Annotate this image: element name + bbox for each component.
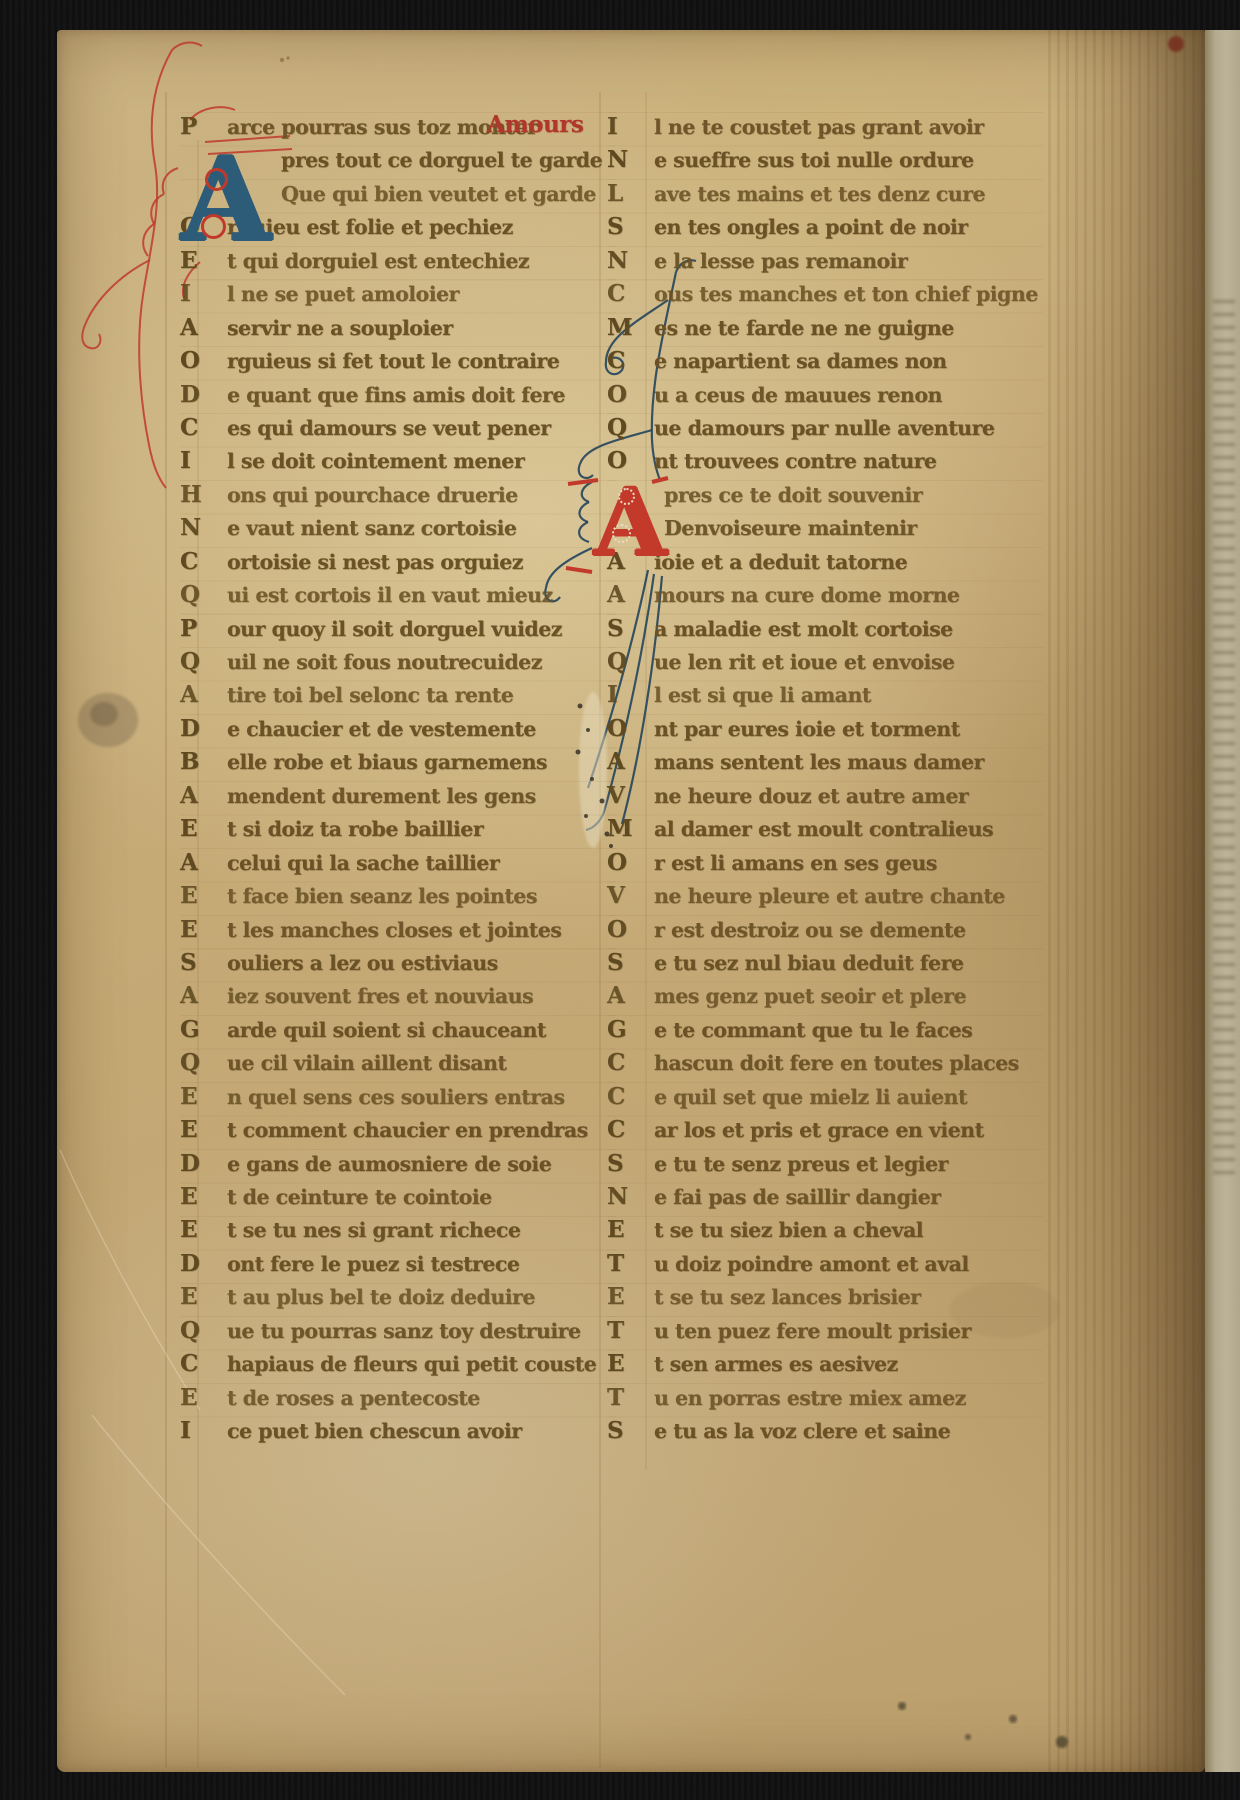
line-text: ont fere le puez si testrece xyxy=(227,1249,519,1279)
line-initial: S xyxy=(607,1149,654,1179)
manuscript-line: Acelui qui la sache taillier xyxy=(180,848,616,881)
line-initial: E xyxy=(180,915,227,945)
manuscript-line: Et si doiz ta robe baillier xyxy=(180,814,616,847)
line-initial: S xyxy=(607,212,654,242)
line-initial: O xyxy=(180,346,227,376)
manuscript-line: Ne sueffre sus toi nulle ordure xyxy=(607,145,1043,178)
line-text: ce puet bien chescun avoir xyxy=(227,1416,522,1446)
line-text: ue damours par nulle aventure xyxy=(654,413,994,443)
manuscript-line: Que damours par nulle aventure xyxy=(607,413,1043,446)
line-initial: A xyxy=(180,313,227,343)
line-text: t sen armes es aesivez xyxy=(654,1349,898,1379)
manuscript-line: Souliers a lez ou estiviaus xyxy=(180,948,616,981)
line-text: t se tu sez lances brisier xyxy=(654,1282,920,1312)
line-text: our quoy il soit dorguel vuidez xyxy=(227,614,562,644)
line-initial: E xyxy=(180,814,227,844)
line-text: e tu as la voz clere et saine xyxy=(654,1416,950,1446)
line-text: celui qui la sache taillier xyxy=(227,848,499,878)
decorated-initial-red-A: A xyxy=(594,478,660,572)
line-text: es ne te farde ne ne guigne xyxy=(654,313,954,343)
manuscript-line: Cous tes manches et ton chief pigne xyxy=(607,279,1043,312)
line-text: uil ne soit fous noutrecuidez xyxy=(227,647,542,677)
line-text: servir ne a souploier xyxy=(227,313,453,343)
manuscript-line: Ne la lesse pas remanoir xyxy=(607,246,1043,279)
manuscript-line: Et de roses a pentecoste xyxy=(180,1383,616,1416)
line-initial: N xyxy=(607,246,654,276)
manuscript-line: Il ne te coustet pas grant avoir xyxy=(607,112,1043,145)
line-text: e quant que fins amis doit fere xyxy=(227,380,565,410)
line-text: t face bien seanz les pointes xyxy=(227,881,537,911)
decorated-initial-blue-A: A xyxy=(181,146,269,260)
manuscript-line: Chascun doit fere en toutes places xyxy=(607,1048,1043,1081)
line-initial: C xyxy=(607,346,654,376)
line-initial: D xyxy=(180,1249,227,1279)
line-text: tire toi bel selonc ta rente xyxy=(227,680,513,710)
line-initial: S xyxy=(607,948,654,978)
line-initial: H xyxy=(180,480,227,510)
manuscript-line: Or est li amans en ses geus xyxy=(607,848,1043,881)
line-text: ons qui pourchace druerie xyxy=(227,480,518,510)
manuscript-line: Lave tes mains et tes denz cure xyxy=(607,179,1043,212)
white-knot-ornament xyxy=(618,488,635,505)
manuscript-line: Dont fere le puez si testrece xyxy=(180,1249,616,1282)
rubric-amours: Amours xyxy=(487,111,583,138)
manuscript-line: Que len rit et ioue et envoise xyxy=(607,647,1043,680)
manuscript-line: Car los et pris et grace en vient xyxy=(607,1115,1043,1148)
line-initial: A xyxy=(607,747,654,777)
line-text: ne heure douz et autre amer xyxy=(654,781,968,811)
line-initial: A xyxy=(180,981,227,1011)
line-text: iez souvent fres et nouviaus xyxy=(227,981,533,1011)
line-initial: E xyxy=(180,1182,227,1212)
line-initial: E xyxy=(180,1215,227,1245)
red-spiral-ornament xyxy=(201,214,226,239)
line-text: e fai pas de saillir dangier xyxy=(654,1182,940,1212)
line-text: t se tu siez bien a cheval xyxy=(654,1215,923,1245)
line-initial: O xyxy=(607,380,654,410)
line-text: ous tes manches et ton chief pigne xyxy=(654,279,1038,309)
manuscript-line: Ames genz puet seoir et plere xyxy=(607,981,1043,1014)
line-text: ui est cortois il en vaut mieuz xyxy=(227,580,553,610)
line-text: l se doit cointement mener xyxy=(227,446,524,476)
line-text: e tu sez nul biau deduit fere xyxy=(654,948,963,978)
manuscript-line: pres ce te doit souvenir xyxy=(607,480,1043,513)
line-initial: Q xyxy=(180,1048,227,1078)
text-column-right: Il ne te coustet pas grant avoirNe sueff… xyxy=(607,112,1043,1450)
manuscript-line: Vne heure douz et autre amer xyxy=(607,781,1043,814)
line-text: e la lesse pas remanoir xyxy=(654,246,907,276)
line-initial: E xyxy=(180,1383,227,1413)
line-text: nt trouvees contre nature xyxy=(654,446,936,476)
manuscript-line: De chaucier et de vestemente xyxy=(180,714,616,747)
manuscript-line: Vne heure pleure et autre chante xyxy=(607,881,1043,914)
line-text: ne heure pleure et autre chante xyxy=(654,881,1005,911)
line-text: t de roses a pentecoste xyxy=(227,1383,480,1413)
line-text: e tu te senz preus et legier xyxy=(654,1149,948,1179)
line-initial: C xyxy=(607,279,654,309)
line-text: u ten puez fere moult prisier xyxy=(654,1316,971,1346)
manuscript-line: Hons qui pourchace druerie xyxy=(180,480,616,513)
manuscript-line: Que cil vilain aillent disant xyxy=(180,1048,616,1081)
line-initial: O xyxy=(607,915,654,945)
line-initial: T xyxy=(607,1249,654,1279)
line-initial: B xyxy=(180,747,227,777)
manuscript-line: Se tu as la voz clere et saine xyxy=(607,1416,1043,1449)
manuscript-line: Aservir ne a souploier xyxy=(180,313,616,346)
line-initial: A xyxy=(180,680,227,710)
line-text: l ne te coustet pas grant avoir xyxy=(654,112,984,142)
line-initial: C xyxy=(607,1048,654,1078)
manuscript-line: Garde quil soient si chauceant xyxy=(180,1015,616,1048)
text-column-left: Parce pourras sus toz monterpres tout ce… xyxy=(180,112,616,1450)
line-text: Denvoiseure maintenir xyxy=(664,513,917,543)
line-initial: T xyxy=(607,1316,654,1346)
line-initial: Q xyxy=(180,647,227,677)
line-text: t se tu nes si grant richece xyxy=(227,1215,520,1245)
white-knot-ornament xyxy=(612,524,631,543)
line-text: t comment chaucier en prendras xyxy=(227,1115,588,1145)
line-initial: S xyxy=(607,1416,654,1446)
manuscript-line: Ge te commant que tu le faces xyxy=(607,1015,1043,1048)
manuscript-line: Ont trouvees contre nature xyxy=(607,446,1043,479)
manuscript-line: Ce quil set que mielz li auient xyxy=(607,1082,1043,1115)
line-initial: Q xyxy=(180,580,227,610)
manuscript-line: Atire toi bel selonc ta rente xyxy=(180,680,616,713)
line-initial: C xyxy=(180,547,227,577)
line-text: mendent durement les gens xyxy=(227,781,536,811)
line-initial: N xyxy=(180,513,227,543)
manuscript-line: Que tu pourras sanz toy destruire xyxy=(180,1316,616,1349)
line-initial: M xyxy=(607,313,654,343)
manuscript-line: Et comment chaucier en prendras xyxy=(180,1115,616,1148)
line-initial: Q xyxy=(180,1316,227,1346)
manuscript-line: Ne fai pas de saillir dangier xyxy=(607,1182,1043,1215)
manuscript-line: Et sen armes es aesivez xyxy=(607,1349,1043,1382)
line-text: ue tu pourras sanz toy destruire xyxy=(227,1316,581,1346)
manuscript-line: Aiez souvent fres et nouviaus xyxy=(180,981,616,1014)
line-initial: I xyxy=(607,680,654,710)
line-initial: S xyxy=(607,614,654,644)
manuscript-line: Se tu te senz preus et legier xyxy=(607,1149,1043,1182)
manuscript-line: Ice puet bien chescun avoir xyxy=(180,1416,616,1449)
manuscript-line: Belle robe et biaus garnemens xyxy=(180,747,616,780)
line-text: nt par eures ioie et torment xyxy=(654,714,960,744)
manuscript-line: Sen tes ongles a point de noir xyxy=(607,212,1043,245)
line-initial: M xyxy=(607,814,654,844)
line-initial: C xyxy=(180,1349,227,1379)
line-text: es qui damours se veut pener xyxy=(227,413,551,443)
line-initial: I xyxy=(180,279,227,309)
manuscript-photograph: Parce pourras sus toz monterpres tout ce… xyxy=(0,0,1240,1800)
line-initial: V xyxy=(607,781,654,811)
line-initial: I xyxy=(180,1416,227,1446)
line-text: e napartient sa dames non xyxy=(654,346,947,376)
manuscript-line: Orguieus si fet tout le contraire xyxy=(180,346,616,379)
red-spiral-ornament xyxy=(205,168,228,191)
manuscript-line: Tu doiz poindre amont et aval xyxy=(607,1249,1043,1282)
manuscript-line: Il se doit cointement mener xyxy=(180,446,616,479)
line-text: l ne se puet amoloier xyxy=(227,279,459,309)
line-initial: N xyxy=(607,1182,654,1212)
manuscript-line: Pour quoy il soit dorguel vuidez xyxy=(180,614,616,647)
line-initial: C xyxy=(607,1115,654,1145)
line-initial: I xyxy=(607,112,654,142)
manuscript-line: En quel sens ces souliers entras xyxy=(180,1082,616,1115)
line-text: e quil set que mielz li auient xyxy=(654,1082,967,1112)
line-initial: D xyxy=(180,714,227,744)
manuscript-line: Aioie et a deduit tatorne xyxy=(607,547,1043,580)
line-initial: A xyxy=(607,981,654,1011)
line-text: rguieus si fet tout le contraire xyxy=(227,346,559,376)
line-text: ouliers a lez ou estiviaus xyxy=(227,948,498,978)
manuscript-line: Et face bien seanz les pointes xyxy=(180,881,616,914)
line-initial: C xyxy=(180,413,227,443)
manuscript-line: Et se tu nes si grant richece xyxy=(180,1215,616,1248)
line-initial: L xyxy=(607,179,654,209)
line-text: ar los et pris et grace en vient xyxy=(654,1115,984,1145)
manuscript-line: Amans sentent les maus damer xyxy=(607,747,1043,780)
manuscript-line: Et au plus bel te doiz deduire xyxy=(180,1282,616,1315)
line-initial: P xyxy=(180,614,227,644)
line-text: al damer est moult contralieus xyxy=(654,814,993,844)
photo-background-left xyxy=(0,0,57,1800)
photo-background-bottom xyxy=(0,1772,1240,1800)
line-initial: A xyxy=(180,781,227,811)
manuscript-line: Il est si que li amant xyxy=(607,680,1043,713)
line-initial: E xyxy=(607,1215,654,1245)
manuscript-line: Ce napartient sa dames non xyxy=(607,346,1043,379)
photo-background-top xyxy=(0,0,1240,30)
line-initial: G xyxy=(180,1015,227,1045)
manuscript-line: Et de ceinture te cointoie xyxy=(180,1182,616,1215)
line-initial: S xyxy=(180,948,227,978)
line-initial: T xyxy=(607,1383,654,1413)
line-text: u a ceus de mauues renon xyxy=(654,380,942,410)
manuscript-line: Denvoiseure maintenir xyxy=(607,513,1043,546)
manuscript-line: Chapiaus de fleurs qui petit couste xyxy=(180,1349,616,1382)
line-initial: C xyxy=(607,1082,654,1112)
line-text: pres ce te doit souvenir xyxy=(664,480,922,510)
manuscript-line: Quil ne soit fous noutrecuidez xyxy=(180,647,616,680)
line-text: t les manches closes et jointes xyxy=(227,915,561,945)
line-text: mans sentent les maus damer xyxy=(654,747,984,777)
line-initial: N xyxy=(607,145,654,175)
line-text: hapiaus de fleurs qui petit couste xyxy=(227,1349,596,1379)
manuscript-line: Ou a ceus de mauues renon xyxy=(607,380,1043,413)
line-text: Que qui bien veutet et garde xyxy=(281,179,596,209)
line-initial: E xyxy=(180,1115,227,1145)
line-initial: G xyxy=(607,1015,654,1045)
manuscript-line: Or est destroiz ou se demente xyxy=(607,915,1043,948)
line-text: r est destroiz ou se demente xyxy=(654,915,966,945)
manuscript-line: Qui est cortois il en vaut mieuz xyxy=(180,580,616,613)
manuscript-line: De quant que fins amis doit fere xyxy=(180,380,616,413)
line-initial: Q xyxy=(607,647,654,677)
line-initial: A xyxy=(607,580,654,610)
line-initial: D xyxy=(180,380,227,410)
line-initial: Q xyxy=(607,413,654,443)
line-text: arde quil soient si chauceant xyxy=(227,1015,546,1045)
manuscript-line: Ces qui damours se veut pener xyxy=(180,413,616,446)
line-text: r est li amans en ses geus xyxy=(654,848,937,878)
line-initial: E xyxy=(180,881,227,911)
manuscript-line: Et les manches closes et jointes xyxy=(180,915,616,948)
line-text: u en porras estre miex amez xyxy=(654,1383,966,1413)
line-text: e te commant que tu le faces xyxy=(654,1015,972,1045)
manuscript-line: De gans de aumosniere de soie xyxy=(180,1149,616,1182)
line-text: t au plus bel te doiz deduire xyxy=(227,1282,535,1312)
line-initial: E xyxy=(607,1282,654,1312)
line-initial: O xyxy=(607,714,654,744)
line-text: ioie et a deduit tatorne xyxy=(654,547,907,577)
line-text: ortoisie si nest pas orguiez xyxy=(227,547,523,577)
line-text: t de ceinture te cointoie xyxy=(227,1182,492,1212)
manuscript-line: Mal damer est moult contralieus xyxy=(607,814,1043,847)
manuscript-line: Et se tu siez bien a cheval xyxy=(607,1215,1043,1248)
line-text: en tes ongles a point de noir xyxy=(654,212,968,242)
line-text: mes genz puet seoir et plere xyxy=(654,981,966,1011)
page-fore-edge-shading xyxy=(1048,30,1205,1772)
line-text: mours na cure dome morne xyxy=(654,580,959,610)
line-initial: A xyxy=(180,848,227,878)
line-text: l est si que li amant xyxy=(654,680,871,710)
line-initial: E xyxy=(607,1349,654,1379)
manuscript-line: Et se tu sez lances brisier xyxy=(607,1282,1043,1315)
manuscript-line: Mes ne te farde ne ne guigne xyxy=(607,313,1043,346)
manuscript-line: Il ne se puet amoloier xyxy=(180,279,616,312)
line-text: elle robe et biaus garnemens xyxy=(227,747,547,777)
line-text: u doiz poindre amont et aval xyxy=(654,1249,969,1279)
line-text: e vaut nient sanz cortoisie xyxy=(227,513,516,543)
line-initial: V xyxy=(607,881,654,911)
line-text: hascun doit fere en toutes places xyxy=(654,1048,1019,1078)
line-text: n quel sens ces souliers entras xyxy=(227,1082,564,1112)
line-text: a maladie est molt cortoise xyxy=(654,614,953,644)
line-initial: E xyxy=(180,1082,227,1112)
manuscript-line: Cortoisie si nest pas orguiez xyxy=(180,547,616,580)
line-initial: D xyxy=(180,1149,227,1179)
manuscript-line: Tu en porras estre miex amez xyxy=(607,1383,1043,1416)
line-text: e gans de aumosniere de soie xyxy=(227,1149,551,1179)
line-initial: O xyxy=(607,848,654,878)
manuscript-line: Ne vaut nient sanz cortoisie xyxy=(180,513,616,546)
line-text: e sueffre sus toi nulle ordure xyxy=(654,145,974,175)
line-text: ue len rit et ioue et envoise xyxy=(654,647,954,677)
manuscript-line: Se tu sez nul biau deduit fere xyxy=(607,948,1043,981)
next-folio-edge xyxy=(1205,30,1240,1772)
line-text: t qui dorguiel est entechiez xyxy=(227,246,529,276)
line-text: ue cil vilain aillent disant xyxy=(227,1048,506,1078)
line-text: ave tes mains et tes denz cure xyxy=(654,179,985,209)
manuscript-line: Amours na cure dome morne xyxy=(607,580,1043,613)
initial-letter: A xyxy=(181,146,269,254)
line-text: pres tout ce dorguel te garde xyxy=(281,145,602,175)
manuscript-line: Amendent durement les gens xyxy=(180,781,616,814)
line-initial: E xyxy=(180,1282,227,1312)
line-text: t si doiz ta robe baillier xyxy=(227,814,483,844)
line-text: e chaucier et de vestemente xyxy=(227,714,536,744)
manuscript-line: Tu ten puez fere moult prisier xyxy=(607,1316,1043,1349)
line-initial: I xyxy=(180,446,227,476)
show-through-text xyxy=(1213,300,1235,1180)
manuscript-line: Ont par eures ioie et torment xyxy=(607,714,1043,747)
manuscript-line: Sa maladie est molt cortoise xyxy=(607,614,1043,647)
